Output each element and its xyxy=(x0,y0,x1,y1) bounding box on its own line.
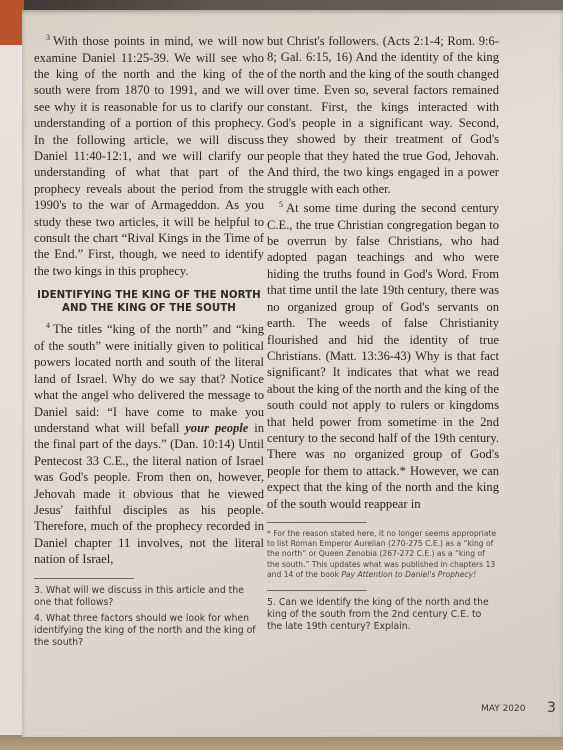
paragraph-4: 4The titles “king of the north” and “kin… xyxy=(34,318,264,567)
left-column: 3With those points in mind, we will now … xyxy=(34,30,264,653)
paragraph-5: 5At some time during the second century … xyxy=(267,197,499,512)
question-3: 3. What will we discuss in this article … xyxy=(34,585,264,609)
question-5: 5. Can we identify the king of the north… xyxy=(267,597,499,633)
study-questions: 3. What will we discuss in this article … xyxy=(34,585,264,649)
study-questions: 5. Can we identify the king of the north… xyxy=(267,597,499,633)
paragraph-number: 5 xyxy=(279,200,283,209)
paragraph-3: 3With those points in mind, we will now … xyxy=(34,30,264,279)
question-4: 4. What three factors should we look for… xyxy=(34,613,264,649)
book-title: Pay Attention to Daniel's Prophecy! xyxy=(341,570,476,579)
paragraph-number: 4 xyxy=(46,321,50,330)
paragraph-number: 3 xyxy=(46,33,50,42)
page-number: 3 xyxy=(547,700,556,716)
background-left xyxy=(0,0,24,750)
footnote: * For the reason stated here, it no long… xyxy=(267,529,499,580)
right-column: but Christ's followers. (Acts 2:1-4; Rom… xyxy=(267,33,499,637)
divider xyxy=(34,578,134,579)
background-bottom xyxy=(0,735,563,750)
divider xyxy=(267,590,367,591)
emphasis-text: your people xyxy=(185,421,248,435)
paragraph-4-continued: but Christ's followers. (Acts 2:1-4; Rom… xyxy=(267,33,499,197)
issue-date: MAY 2020 xyxy=(481,704,526,714)
subheading: IDENTIFYING THE KING OF THE NORTH AND TH… xyxy=(34,289,264,315)
divider xyxy=(267,522,367,523)
